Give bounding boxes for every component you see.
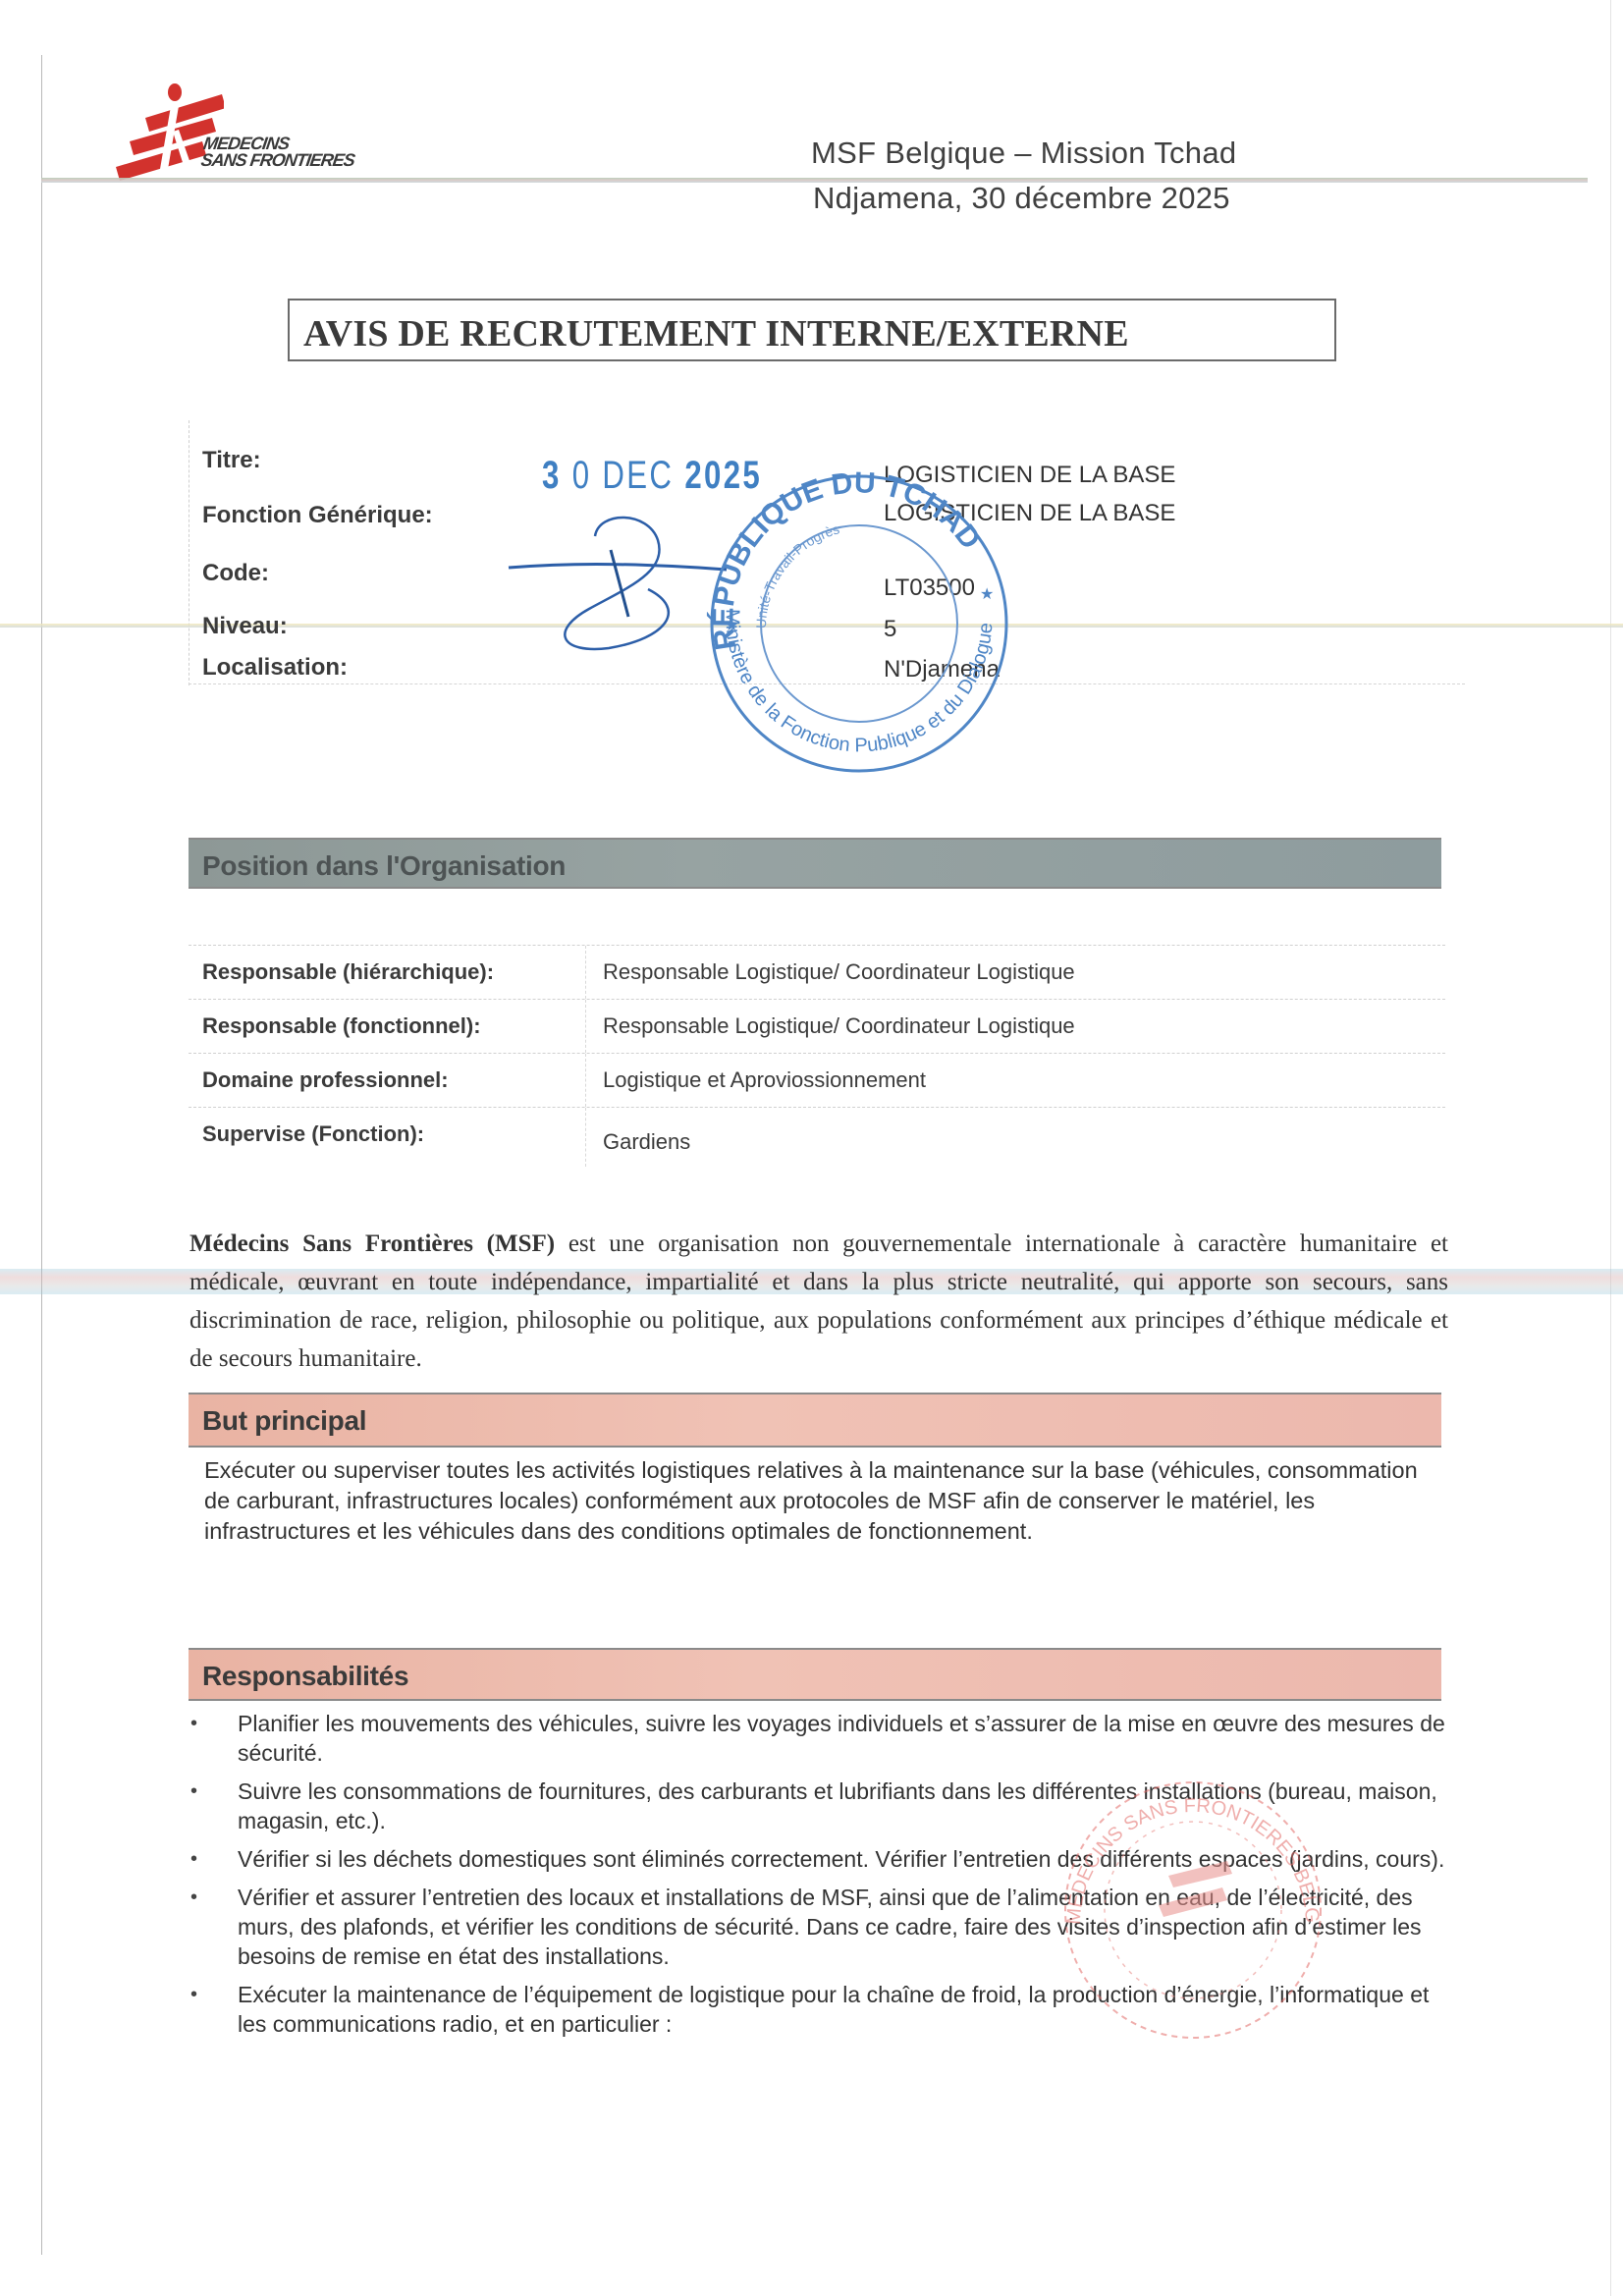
page-title: AVIS DE RECRUTEMENT INTERNE/EXTERNE <box>303 312 1129 355</box>
info-label-code: Code: <box>202 560 269 587</box>
table-row: Supervise (Fonction): Gardiens <box>189 1108 1445 1167</box>
info-label-localisation: Localisation: <box>202 654 348 682</box>
bullet-icon: • <box>190 1844 197 1874</box>
date-stamp-day: 3 <box>542 454 562 497</box>
column-divider <box>585 946 587 999</box>
list-item-text: Planifier les mouvements des véhicules, … <box>238 1711 1445 1766</box>
info-label-titre: Titre: <box>202 447 261 474</box>
section-header-responsabilites: Responsabilités <box>189 1648 1441 1701</box>
org-value: Responsable Logistique/ Coordinateur Log… <box>603 1013 1075 1039</box>
intro-bold-lead: Médecins Sans Frontières (MSF) <box>189 1230 555 1257</box>
section-title-but-principal: But principal <box>202 1405 366 1437</box>
but-principal-text: Exécuter ou superviser toutes les activi… <box>204 1455 1443 1547</box>
table-row: Responsable (fonctionnel): Responsable L… <box>189 1000 1445 1054</box>
org-value: Responsable Logistique/ Coordinateur Log… <box>603 959 1075 985</box>
msf-logo: MEDECINS SANS FRONTIERES <box>116 81 430 189</box>
organisation-table: Responsable (hiérarchique): Responsable … <box>189 945 1445 1167</box>
column-divider <box>585 1108 587 1167</box>
logo-line-2: SANS FRONTIERES <box>200 152 355 169</box>
header-organization: MSF Belgique – Mission Tchad <box>811 136 1236 171</box>
org-value: Gardiens <box>603 1129 690 1155</box>
info-label-fonction: Fonction Générique: <box>202 502 433 529</box>
org-label: Responsable (hiérarchique): <box>202 959 494 985</box>
table-row: Responsable (hiérarchique): Responsable … <box>189 945 1445 1000</box>
column-divider <box>585 1000 587 1053</box>
bullet-icon: • <box>190 1980 197 2009</box>
org-label: Responsable (fonctionnel): <box>202 1013 481 1039</box>
msf-logo-text: MEDECINS SANS FRONTIERES <box>200 136 358 169</box>
page-edge-right <box>1610 0 1611 2296</box>
bullet-icon: • <box>190 1777 197 1806</box>
republic-stamp-icon: RÉPUBLIQUE DU TCHAD Unité-Travail-Progrè… <box>697 462 1021 786</box>
org-label: Supervise (Fonction): <box>202 1121 424 1147</box>
svg-text:RÉPUBLIQUE DU TCHAD: RÉPUBLIQUE DU TCHAD <box>706 466 987 652</box>
list-item: •Planifier les mouvements des véhicules,… <box>187 1709 1453 1768</box>
date-stamp-month: 0 DEC <box>572 454 675 497</box>
msf-red-stamp-icon: MEDECINS SANS FRONTIERES BELGIQUE TCHAD <box>1051 1768 1335 2052</box>
section-header-position: Position dans l'Organisation <box>189 838 1441 889</box>
msf-intro-paragraph: Médecins Sans Frontières (MSF) est une o… <box>189 1225 1448 1378</box>
title-box: AVIS DE RECRUTEMENT INTERNE/EXTERNE <box>288 299 1336 361</box>
org-label: Domaine professionnel: <box>202 1067 449 1093</box>
bullet-icon: • <box>190 1709 197 1738</box>
section-title-responsabilites: Responsabilités <box>202 1661 408 1692</box>
org-value: Logistique et Aproviossionnement <box>603 1067 926 1093</box>
section-title-position: Position dans l'Organisation <box>202 850 566 882</box>
table-row: Domaine professionnel: Logistique et Apr… <box>189 1054 1445 1108</box>
header-place-date: Ndjamena, 30 décembre 2025 <box>813 181 1230 216</box>
svg-text:★: ★ <box>980 586 994 603</box>
stamp-outer-text: RÉPUBLIQUE DU TCHAD <box>706 466 987 652</box>
column-divider <box>585 1054 587 1107</box>
page-edge <box>41 55 42 2255</box>
bullet-icon: • <box>190 1883 197 1912</box>
section-header-but-principal: But principal <box>189 1393 1441 1448</box>
info-label-niveau: Niveau: <box>202 613 288 640</box>
svg-text:★: ★ <box>725 618 738 634</box>
